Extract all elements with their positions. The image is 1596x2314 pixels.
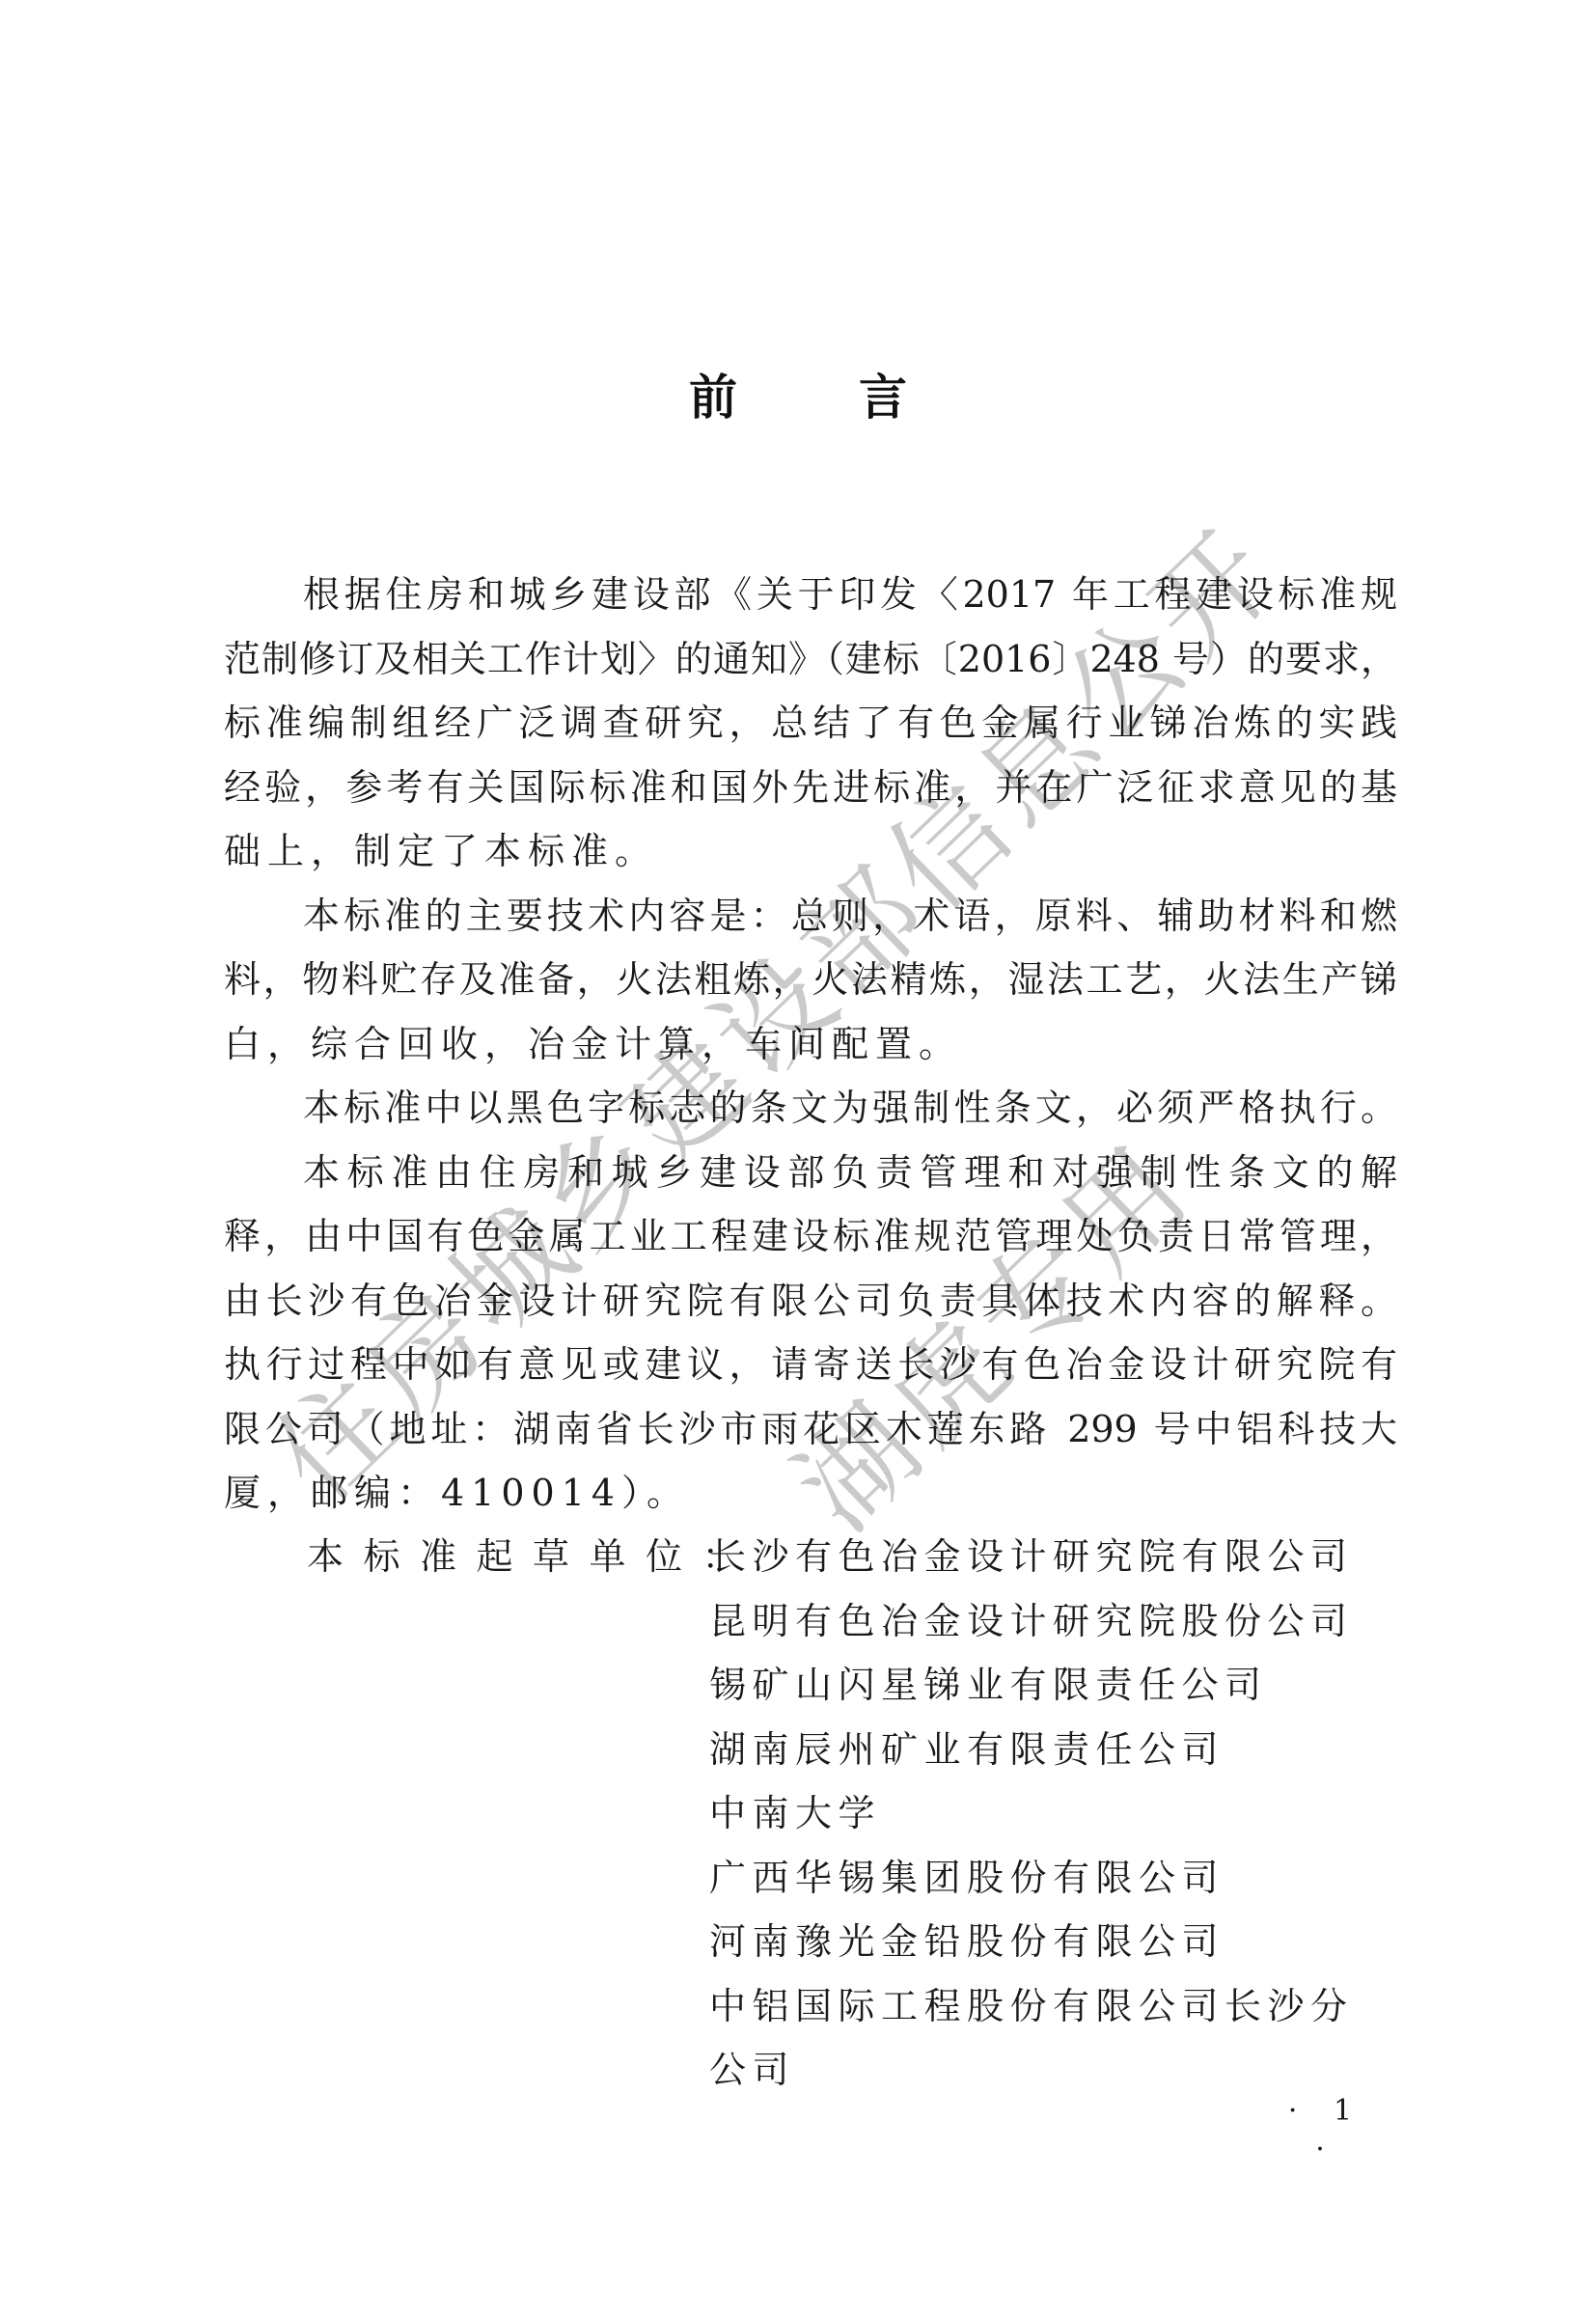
- page-title: 前言: [0, 367, 1596, 428]
- paragraph-4-line-3: 由长沙有色冶金设计研究院有限公司负责具体技术内容的解释。: [224, 1269, 1397, 1334]
- drafting-units-label: 本标准起草单位：: [307, 1525, 709, 1589]
- drafting-unit: 长沙有色冶金设计研究院有限公司: [709, 1525, 1397, 1589]
- paragraph-1-line-2: 范制修订及相关工作计划〉的通知》（建标〔2016〕248 号）的要求，: [224, 627, 1397, 692]
- paragraph-4-line-6: 厦，邮编：410014）。: [224, 1461, 1397, 1526]
- paragraph-3-line-1: 本标准中以黑色字标志的条文为强制性条文，必须严格执行。: [224, 1076, 1397, 1141]
- drafting-unit: 河南豫光金铅股份有限公司: [709, 1910, 1397, 1974]
- paragraph-4-line-5: 限公司（地址：湖南省长沙市雨花区木莲东路 299 号中铝科技大: [224, 1397, 1397, 1462]
- page-number: · 1 ·: [1283, 2092, 1370, 2169]
- drafting-units-list: 长沙有色冶金设计研究院有限公司 昆明有色冶金设计研究院股份公司 锡矿山闪星锑业有…: [709, 1525, 1397, 2103]
- drafting-unit: 广西华锡集团股份有限公司: [709, 1846, 1397, 1911]
- paragraph-4-line-1: 本标准由住房和城乡建设部负责管理和对强制性条文的解: [224, 1141, 1397, 1205]
- paragraph-2-line-1: 本标准的主要技术内容是：总则，术语，原料、辅助材料和燃: [224, 884, 1397, 949]
- paragraph-1-line-1: 根据住房和城乡建设部《关于印发〈2017 年工程建设标准规: [224, 563, 1397, 627]
- paragraph-1-line-3: 标准编制组经广泛调查研究，总结了有色金属行业锑冶炼的实践: [224, 691, 1397, 756]
- drafting-unit: 中南大学: [709, 1781, 1397, 1846]
- drafting-unit: 中铝国际工程股份有限公司长沙分: [709, 1974, 1397, 2039]
- drafting-unit: 昆明有色冶金设计研究院股份公司: [709, 1589, 1397, 1654]
- paragraph-1-line-4: 经验，参考有关国际标准和国外先进标准，并在广泛征求意见的基: [224, 756, 1397, 820]
- paragraph-2-line-3: 白，综合回收，冶金计算，车间配置。: [224, 1012, 1397, 1077]
- document-page: 住房城乡建设部信息公开 湖虎专用 前言 根据住房和城乡建设部《关于印发〈2017…: [0, 0, 1596, 2314]
- title-char-1: 前: [689, 367, 737, 428]
- title-char-2: 言: [859, 367, 907, 428]
- drafting-unit: 锡矿山闪星锑业有限责任公司: [709, 1653, 1397, 1718]
- paragraph-1-line-5: 础上，制定了本标准。: [224, 819, 1397, 884]
- paragraph-2-line-2: 料，物料贮存及准备，火法粗炼，火法精炼，湿法工艺，火法生产锑: [224, 948, 1397, 1012]
- paragraph-4-line-4: 执行过程中如有意见或建议，请寄送长沙有色冶金设计研究院有: [224, 1333, 1397, 1397]
- paragraph-4-line-2: 释，由中国有色金属工业工程建设标准规范管理处负责日常管理，: [224, 1204, 1397, 1269]
- drafting-unit: 湖南辰州矿业有限责任公司: [709, 1718, 1397, 1782]
- preface-body: 根据住房和城乡建设部《关于印发〈2017 年工程建设标准规 范制修订及相关工作计…: [224, 563, 1397, 1526]
